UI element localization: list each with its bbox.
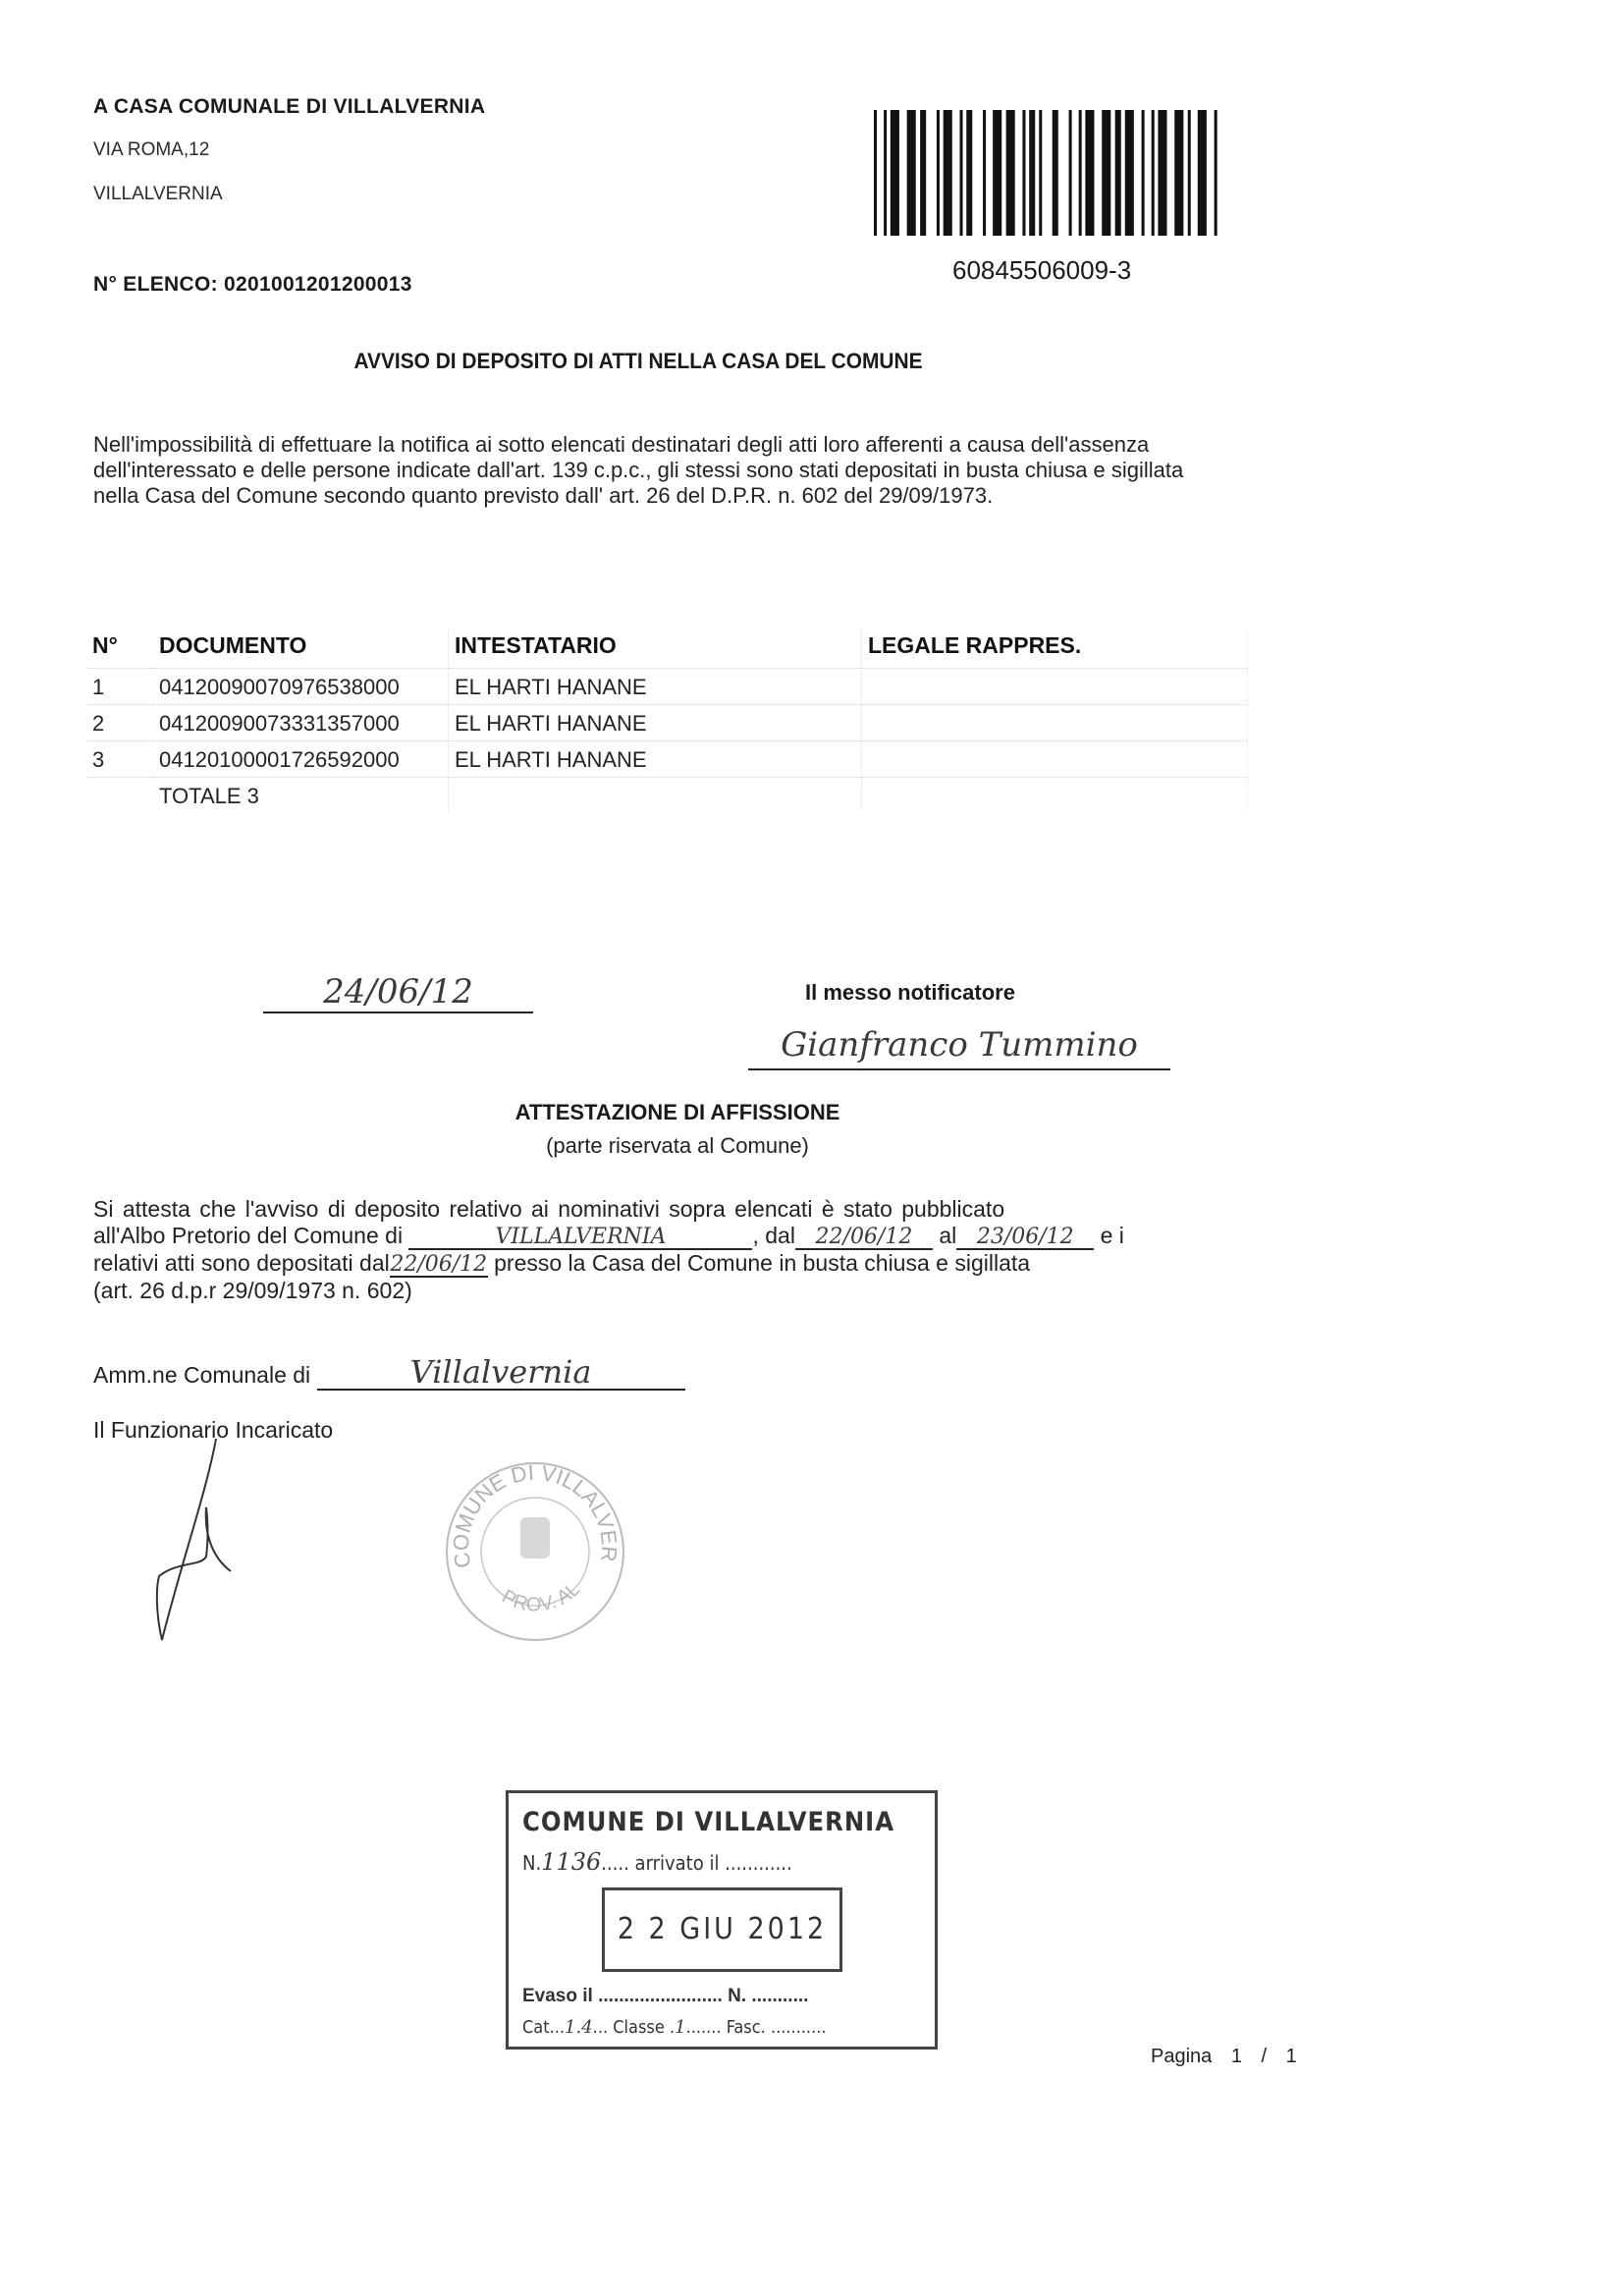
stamp-date: 2 2 GIU 2012 [602,1887,842,1972]
table-row: 3 04120100001726592000 EL HARTI HANANE [86,741,1248,778]
documents-table: N° DOCUMENTO INTESTATARIO LEGALE RAPPRES… [86,629,1248,813]
cell-number: 2 [86,705,153,741]
table-total: TOTALE 3 [153,778,449,814]
cell-intestatario: EL HARTI HANANE [449,705,862,741]
stamp-evaso-line: Evaso il ........................ N. ...… [522,1986,808,2007]
document-title: AVVISO DI DEPOSITO DI ATTI NELLA CASA DE… [32,349,1245,374]
elenco-number: N° ELENCO: 0201001201200013 [93,273,412,297]
elenco-label: N° ELENCO: [93,273,218,296]
barcode-number: 60845506009-3 [952,255,1131,286]
barcode-icon [874,110,1217,236]
protocol-stamp: COMUNE DI VILLALVERNIA N.1136..... arriv… [506,1790,938,2050]
attest-line-2: all'Albo Pretorio del Comune di VILLALVE… [93,1223,1252,1250]
attestazione-body: Si attesta che l'avviso di deposito rela… [93,1196,1252,1304]
svg-text:PROV. AL: PROV. AL [498,1578,584,1615]
cell-legale [862,705,1248,741]
cell-legale [862,741,1248,778]
notification-date-handwritten: 24/06/12 [263,972,533,1013]
header-number: N° [86,629,153,669]
attest-line-4: (art. 26 d.p.r 29/09/1973 n. 602) [93,1278,1252,1304]
attest-line-3: relativi atti sono depositati dal22/06/1… [93,1250,1252,1278]
messo-signature: Gianfranco Tummino [748,1021,1170,1070]
header-documento: DOCUMENTO [153,629,449,669]
stamp-title: COMUNE DI VILLALVERNIA [522,1807,894,1837]
messo-label: Il messo notificatore [805,980,1015,1006]
intro-paragraph: Nell'impossibilità di effettuare la noti… [93,432,1232,509]
recipient-name: A CASA COMUNALE DI VILLALVERNIA [93,95,485,119]
cell-legale [862,669,1248,705]
page-indicator: Pagina 1 / 1 [1151,2046,1297,2068]
municipal-seal-icon: COMUNE DI VILLALVERNIA PROV. AL [442,1458,628,1645]
comune-field: VILLALVERNIA [408,1227,752,1250]
header-intestatario: INTESTATARIO [449,629,862,669]
attest-line-1: Si attesta che l'avviso di deposito rela… [93,1196,1252,1223]
table-row: 2 04120090073331357000 EL HARTI HANANE [86,705,1248,741]
depositati-field: 22/06/12 [390,1254,488,1278]
amm-comunale: Amm.ne Comunale di Villalvernia [93,1355,685,1391]
cell-documento: 04120100001726592000 [153,741,449,778]
stamp-cat-line: Cat...1.4... Classe .1....... Fasc. ....… [522,2017,827,2038]
attestazione-title: ATTESTAZIONE DI AFFISSIONE [0,1100,1355,1125]
header-legale: LEGALE RAPPRES. [862,629,1248,669]
address-line-1: VIA ROMA,12 [93,139,209,161]
attestazione-subtitle: (parte riservata al Comune) [0,1133,1355,1159]
al-field: 23/06/12 [956,1227,1094,1250]
table-row: 1 04120090070976538000 EL HARTI HANANE [86,669,1248,705]
cell-number: 1 [86,669,153,705]
amm-comunale-field: Villalvernia [317,1355,685,1391]
cell-documento: 04120090073331357000 [153,705,449,741]
address-line-2: VILLALVERNIA [93,184,223,205]
table-total-row: TOTALE 3 [86,778,1248,814]
funzionario-signature [137,1434,245,1650]
elenco-value: 0201001201200013 [224,273,412,296]
table-header-row: N° DOCUMENTO INTESTATARIO LEGALE RAPPRES… [86,629,1248,669]
cell-number: 3 [86,741,153,778]
stamp-number-handwritten: 1136 [541,1848,601,1876]
stamp-number-line: N.1136..... arrivato il ............ [522,1848,792,1876]
dal-field: 22/06/12 [795,1227,933,1250]
cell-documento: 04120090070976538000 [153,669,449,705]
cell-intestatario: EL HARTI HANANE [449,669,862,705]
cell-intestatario: EL HARTI HANANE [449,741,862,778]
